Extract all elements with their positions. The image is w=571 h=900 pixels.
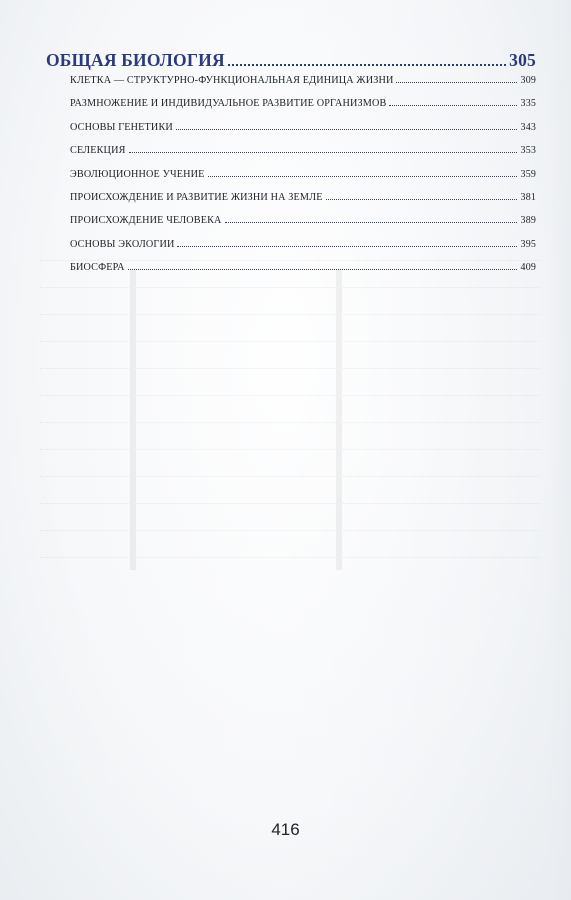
entry-title: ЭВОЛЮЦИОННОЕ УЧЕНИЕ	[70, 169, 205, 180]
entry-page-number: 409	[518, 262, 536, 273]
entry-page-number: 389	[518, 215, 536, 226]
book-page: ОБЩАЯ БИОЛОГИЯ 305 КЛЕТКА — СТРУКТУРНО-Ф…	[0, 0, 571, 900]
toc-entry[interactable]: ОСНОВЫ ГЕНЕТИКИ 343	[70, 122, 536, 145]
toc-entry[interactable]: ЭВОЛЮЦИОННОЕ УЧЕНИЕ 359	[70, 169, 536, 192]
page-number: 416	[0, 820, 571, 840]
dot-leader	[389, 105, 517, 106]
toc-section-heading[interactable]: ОБЩАЯ БИОЛОГИЯ 305	[46, 50, 536, 72]
toc-entry[interactable]: ПРОИСХОЖДЕНИЕ ЧЕЛОВЕКА 389	[70, 215, 536, 238]
entry-page-number: 395	[518, 239, 536, 250]
entry-title: ОСНОВЫ ГЕНЕТИКИ	[70, 122, 173, 133]
dot-leader	[228, 64, 506, 66]
entry-title: КЛЕТКА — СТРУКТУРНО-ФУНКЦИОНАЛЬНАЯ ЕДИНИ…	[70, 75, 393, 86]
entry-page-number: 353	[518, 145, 536, 156]
toc-entry[interactable]: ОСНОВЫ ЭКОЛОГИИ 395	[70, 239, 536, 262]
toc-entry[interactable]: КЛЕТКА — СТРУКТУРНО-ФУНКЦИОНАЛЬНАЯ ЕДИНИ…	[70, 75, 536, 98]
entry-title: БИОСФЕРА	[70, 262, 125, 273]
dot-leader	[177, 246, 517, 247]
entry-title: ПРОИСХОЖДЕНИЕ ЧЕЛОВЕКА	[70, 215, 222, 226]
table-of-contents: ОБЩАЯ БИОЛОГИЯ 305 КЛЕТКА — СТРУКТУРНО-Ф…	[46, 50, 536, 286]
toc-entry[interactable]: БИОСФЕРА 409	[70, 262, 536, 285]
dot-leader	[225, 222, 517, 223]
toc-entry[interactable]: РАЗМНОЖЕНИЕ И ИНДИВИДУАЛЬНОЕ РАЗВИТИЕ ОР…	[70, 98, 536, 121]
entry-page-number: 381	[518, 192, 536, 203]
entry-page-number: 309	[518, 75, 536, 86]
reverse-side-bleed-through	[40, 240, 540, 600]
entry-title: ОСНОВЫ ЭКОЛОГИИ	[70, 239, 174, 250]
dot-leader	[208, 176, 517, 177]
entry-page-number: 359	[518, 169, 536, 180]
dot-leader	[129, 152, 517, 153]
entry-page-number: 335	[518, 98, 536, 109]
entry-title: ПРОИСХОЖДЕНИЕ И РАЗВИТИЕ ЖИЗНИ НА ЗЕМЛЕ	[70, 192, 323, 203]
dot-leader	[326, 199, 517, 200]
entry-page-number: 343	[518, 122, 536, 133]
entry-title: СЕЛЕКЦИЯ	[70, 145, 126, 156]
entry-title: РАЗМНОЖЕНИЕ И ИНДИВИДУАЛЬНОЕ РАЗВИТИЕ ОР…	[70, 98, 386, 109]
dot-leader	[396, 82, 517, 83]
dot-leader	[128, 269, 517, 270]
section-title: ОБЩАЯ БИОЛОГИЯ	[46, 50, 225, 71]
dot-leader	[176, 129, 517, 130]
section-page-number: 305	[509, 50, 536, 71]
toc-entry[interactable]: ПРОИСХОЖДЕНИЕ И РАЗВИТИЕ ЖИЗНИ НА ЗЕМЛЕ …	[70, 192, 536, 215]
toc-entry[interactable]: СЕЛЕКЦИЯ 353	[70, 145, 536, 168]
